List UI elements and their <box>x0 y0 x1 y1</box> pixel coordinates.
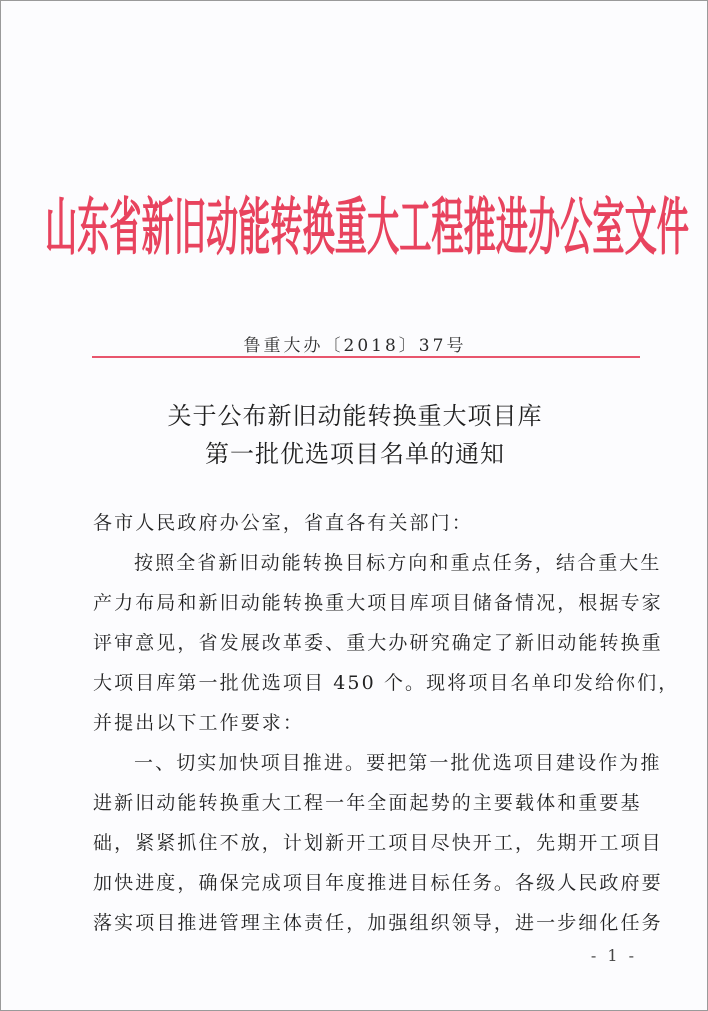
body-line: 加快进度，确保完成项目年度推进目标任务。各级人民政府要 <box>93 863 643 903</box>
document-number: 鲁重大办〔2018〕37号 <box>1 331 708 356</box>
body-line: 评审意见，省发展改革委、重大办研究确定了新旧动能转换重 <box>93 623 643 663</box>
issuing-office-title: 山东省新旧动能转换重大工程推进办公室文件 <box>45 178 689 267</box>
notice-title: 关于公布新旧动能转换重大项目库 第一批优选项目名单的通知 <box>1 397 708 473</box>
body-line: 落实项目推进管理主体责任，加强组织领导，进一步细化任务 <box>93 903 643 943</box>
body-line: 一、切实加快项目推进。要把第一批优选项目建设作为推 <box>93 743 643 783</box>
notice-title-line-1: 关于公布新旧动能转换重大项目库 <box>1 397 708 435</box>
notice-body: 各市人民政府办公室，省直各有关部门： 按照全省新旧动能转换目标方向和重点任务，结… <box>93 503 643 943</box>
body-line: 础，紧紧抓住不放，计划新开工项目尽快开工，先期开工项目 <box>93 823 643 863</box>
body-line: 大项目库第一批优选项目 450 个。现将项目名单印发给你们， <box>93 663 643 703</box>
document-page: 山东省新旧动能转换重大工程推进办公室文件 鲁重大办〔2018〕37号 关于公布新… <box>0 0 708 1011</box>
notice-title-line-2: 第一批优选项目名单的通知 <box>1 435 708 473</box>
salutation: 各市人民政府办公室，省直各有关部门： <box>93 503 643 543</box>
body-line: 产力布局和新旧动能转换重大项目库项目储备情况，根据专家 <box>93 583 643 623</box>
body-line: 按照全省新旧动能转换目标方向和重点任务，结合重大生 <box>93 543 643 583</box>
body-line: 并提出以下工作要求： <box>93 703 643 743</box>
red-divider-line <box>92 356 640 358</box>
body-line: 进新旧动能转换重大工程一年全面起势的主要载体和重要基 <box>93 783 643 823</box>
issuing-office-header: 山东省新旧动能转换重大工程推进办公室文件 <box>89 185 645 261</box>
page-number: - 1 - <box>589 946 639 965</box>
